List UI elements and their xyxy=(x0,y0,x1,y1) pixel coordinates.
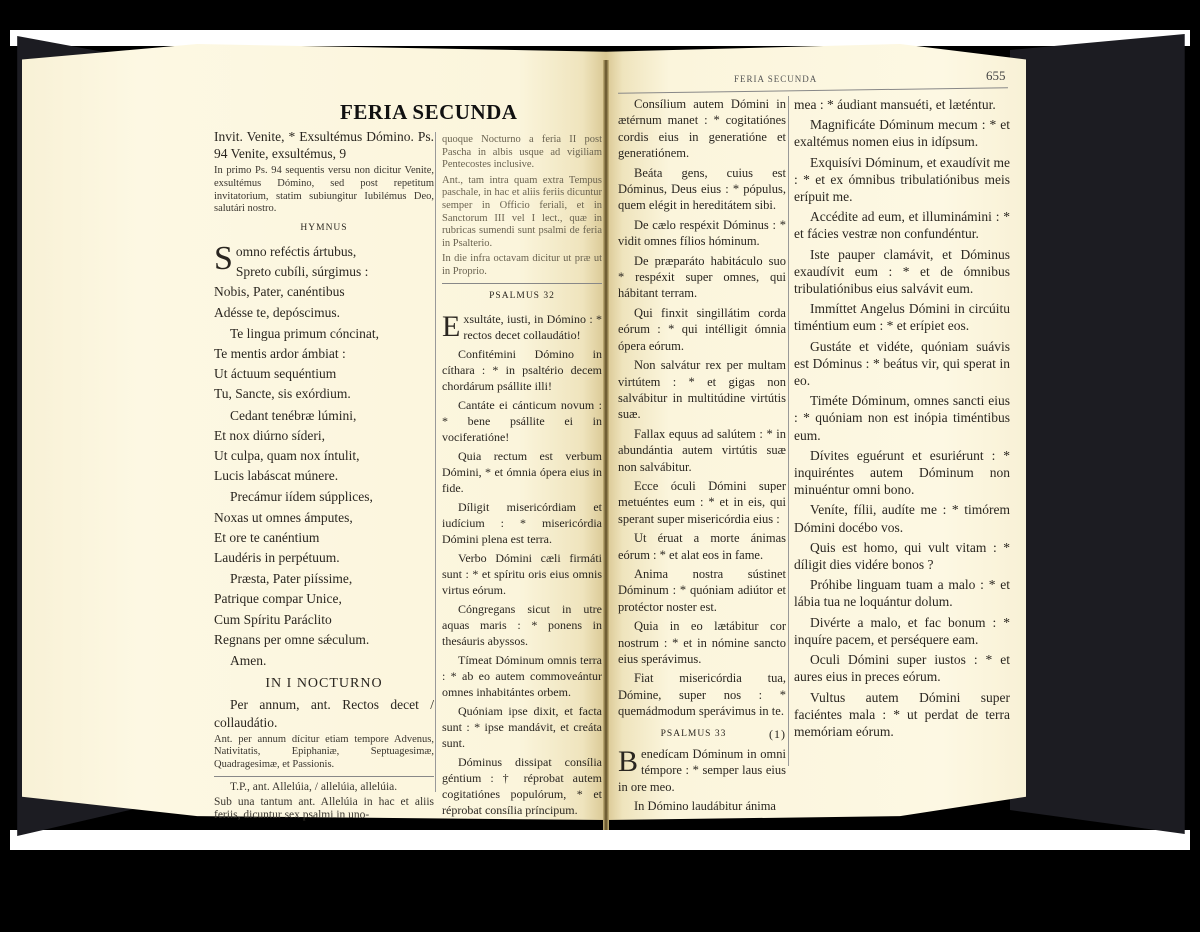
hymn-line: Adésse te, depóscimus. xyxy=(214,304,434,321)
hymn-line: Noxas ut omnes ámputes, xyxy=(214,509,434,526)
psalm-heading: PSALMUS 33 xyxy=(618,726,769,743)
psalm-verse: Gustáte et vidéte, quóniam suávis est Dó… xyxy=(794,338,1010,390)
psalm-verse: Benedícam Dóminum in omni témpore : * se… xyxy=(618,746,786,795)
hymn-line: Ut culpa, quam nox íntulit, xyxy=(214,447,434,464)
column-divider xyxy=(788,96,789,766)
psalm-verse: Anima nostra sústinet Dóminum : * quónia… xyxy=(618,566,786,615)
psalm-verse: Exsultáte, iusti, in Dómino : * rectos d… xyxy=(442,311,602,343)
psalm-heading: PSALMUS 32 xyxy=(442,288,602,305)
photo-scene: FERIA SECUNDA Invit. Venite, * Exsultému… xyxy=(0,0,1200,932)
psalm-verse: Oculi Dómini super iustos : * et aures e… xyxy=(794,651,1010,685)
hymn-line: Te mentis ardor ámbiat : xyxy=(214,345,434,362)
nocturn-heading: IN I NOCTURNO xyxy=(214,675,434,692)
hymn-line: Tu, Sancte, sis exórdium. xyxy=(214,385,434,402)
rubric: Sub una tantum ant. Allelúia in hac et a… xyxy=(214,796,434,821)
drop-cap: S xyxy=(214,244,233,274)
psalm-verse: De cælo respéxit Dóminus : * vidit omnes… xyxy=(618,217,786,250)
psalm-verse: Magnificáte Dóminum mecum : * et exaltém… xyxy=(794,116,1010,150)
hymn-line: Somno reféctis ártubus, xyxy=(214,243,434,260)
page-number: 655 xyxy=(986,68,1006,84)
psalm-verse: Quóniam ipse dixit, et facta sunt : * ip… xyxy=(442,703,602,751)
hymn-line: Nobis, Pater, canéntibus xyxy=(214,283,434,300)
hymn-line: Precámur iídem súpplices, xyxy=(214,488,434,505)
psalm-verse: mea : * áudiant mansuéti, et læténtur. xyxy=(794,96,1010,113)
hymn-line: Ut áctuum sequéntium xyxy=(214,365,434,382)
book-gutter xyxy=(603,60,609,830)
hymn-line: Cum Spíritu Paráclito xyxy=(214,611,434,628)
hymn-stanza: Cedant tenébræ lúmini, Et nox diúrno síd… xyxy=(214,407,434,485)
psalm-verse: Quia rectum est verbum Dómini, * et ómni… xyxy=(442,448,602,496)
divider xyxy=(442,283,602,284)
psalm-verse: Divérte a malo, et fac bonum : * inquíre… xyxy=(794,614,1010,648)
psalm-verse: Quis est homo, qui vult vitam : * díligi… xyxy=(794,539,1010,573)
hymn-line: Spreto cubíli, súrgimus : xyxy=(214,263,434,280)
hymn-line: Laudéris in perpétuum. xyxy=(214,549,434,566)
psalm-verse: Timéte Dóminum, omnes sancti eius : * qu… xyxy=(794,392,1010,444)
psalm-verse: Ut éruat a morte ánimas eórum : * et ala… xyxy=(618,530,786,563)
psalm-heading-row: PSALMUS 33 (1) xyxy=(618,726,786,743)
psalm-verse: Vultus autem Dómini super faciéntes mala… xyxy=(794,689,1010,741)
running-head: FERIA SECUNDA xyxy=(734,74,817,84)
left-page-column-1: Invit. Venite, * Exsultémus Dómino. Ps. … xyxy=(214,128,434,824)
antiphon: Per annum, ant. Rectos decet / collaudát… xyxy=(214,696,434,730)
psalm-verse: Quia in eo lætábitur cor nostrum : * et … xyxy=(618,618,786,667)
psalm-verse: Qui finxit singillátim corda eórum : * q… xyxy=(618,305,786,354)
psalm-verse: Non salvátur rex per multam virtútem : *… xyxy=(618,357,786,423)
psalm-verse: De præparáto habitáculo suo * respéxit s… xyxy=(618,253,786,302)
psalm-verse: Exquisívi Dóminum, et exaudívit me : * e… xyxy=(794,154,1010,206)
background-band-top xyxy=(10,30,1190,46)
rubric: In die infra octavam dicitur ut præ ut i… xyxy=(442,253,602,278)
psalm-verse: Ecce óculi Dómini super metuéntes eum : … xyxy=(618,478,786,527)
hymn-stanza: Somno reféctis ártubus, Spreto cubíli, s… xyxy=(214,243,434,321)
drop-cap: B xyxy=(618,747,638,777)
drop-cap: E xyxy=(442,312,460,342)
rubric: Ant., tam intra quam extra Tempus pascha… xyxy=(442,175,602,251)
rubric: quoque Nocturno a feria II post Pascha i… xyxy=(442,134,602,172)
hymn-heading: HYMNUS xyxy=(214,220,434,237)
rubric: Ant. per annum dícitur etiam tempore Adv… xyxy=(214,734,434,772)
psalm-verse: Veníte, fílii, audíte me : * timórem Dóm… xyxy=(794,501,1010,535)
divider xyxy=(214,776,434,777)
psalm-verse: Dóminus dissipat consília géntium : † ré… xyxy=(442,754,602,818)
psalm-verse: Díligit misericórdiam et iudícium : * mi… xyxy=(442,499,602,547)
tp-antiphon: T.P., ant. Allelúia, / allelúia, allelúi… xyxy=(214,781,434,794)
right-page-column-2: mea : * áudiant mansuéti, et læténtur. M… xyxy=(794,96,1010,743)
hymn-line: Præsta, Pater piíssime, xyxy=(214,570,434,587)
hymn-line: Cedant tenébræ lúmini, xyxy=(214,407,434,424)
hymn-line: Et nox diúrno síderi, xyxy=(214,427,434,444)
psalm-verse: Accédite ad eum, et illuminámini : * et … xyxy=(794,208,1010,242)
hymn-line: Lucis labáscat múnere. xyxy=(214,467,434,484)
hymn-stanza: Præsta, Pater piíssime, Patrique compar … xyxy=(214,570,434,648)
left-page-column-2: quoque Nocturno a feria II post Pascha i… xyxy=(442,134,602,821)
psalm-verse: Immíttet Angelus Dómini in circúitu timé… xyxy=(794,300,1010,334)
psalm-verse: Fiat misericórdia tua, Dómine, super nos… xyxy=(618,670,786,719)
psalm-verse: Fallax equus ad salútem : * in abundánti… xyxy=(618,426,786,475)
invitatory: Invit. Venite, * Exsultémus Dómino. Ps. … xyxy=(214,128,434,162)
column-divider xyxy=(435,132,436,792)
hymn-line: Et ore te canéntium xyxy=(214,529,434,546)
psalm-verse: Cantáte ei cánticum novum : * bene psáll… xyxy=(442,397,602,445)
psalm-division: (1) xyxy=(769,726,786,743)
psalm-verse: Tímeat Dóminum omnis terra : * ab eo aut… xyxy=(442,652,602,700)
rubric: In primo Ps. 94 sequentis versu non dici… xyxy=(214,165,434,215)
hymn-line: Te lingua primum cóncinat, xyxy=(214,325,434,342)
psalm-verse: Consílium autem Dómini in ætérnum manet … xyxy=(618,96,786,162)
background-band-bottom xyxy=(10,830,1190,850)
hymn-stanza: Te lingua primum cóncinat, Te mentis ard… xyxy=(214,325,434,403)
psalm-verse: Próhibe linguam tuam a malo : * et lábia… xyxy=(794,576,1010,610)
amen: Amen. xyxy=(214,652,434,669)
psalm-verse: Confitémini Dómino in cíthara : * in psa… xyxy=(442,346,602,394)
hymn-line: Regnans per omne sǽculum. xyxy=(214,631,434,648)
psalm-verse: Verbo Dómini cæli firmáti sunt : * et sp… xyxy=(442,550,602,598)
hymn-stanza: Precámur iídem súpplices, Noxas ut omnes… xyxy=(214,488,434,566)
right-page-column-1: Consílium autem Dómini in ætérnum manet … xyxy=(618,96,786,817)
psalm-verse: In Dómino laudábitur ánima xyxy=(618,798,786,814)
psalm-verse: Cóngregans sicut in utre aquas maris : *… xyxy=(442,601,602,649)
psalm-verse: Beáta gens, cuius est Dóminus, Deus eius… xyxy=(618,165,786,214)
page-title: FERIA SECUNDA xyxy=(340,100,517,125)
psalm-verse: Iste pauper clamávit, et Dóminus exaudív… xyxy=(794,246,1010,298)
book-cover-right xyxy=(1010,34,1192,834)
psalm-verse: Dívites eguérunt et esuriérunt : * inqui… xyxy=(794,447,1010,499)
hymn-line: Patrique compar Unice, xyxy=(214,590,434,607)
